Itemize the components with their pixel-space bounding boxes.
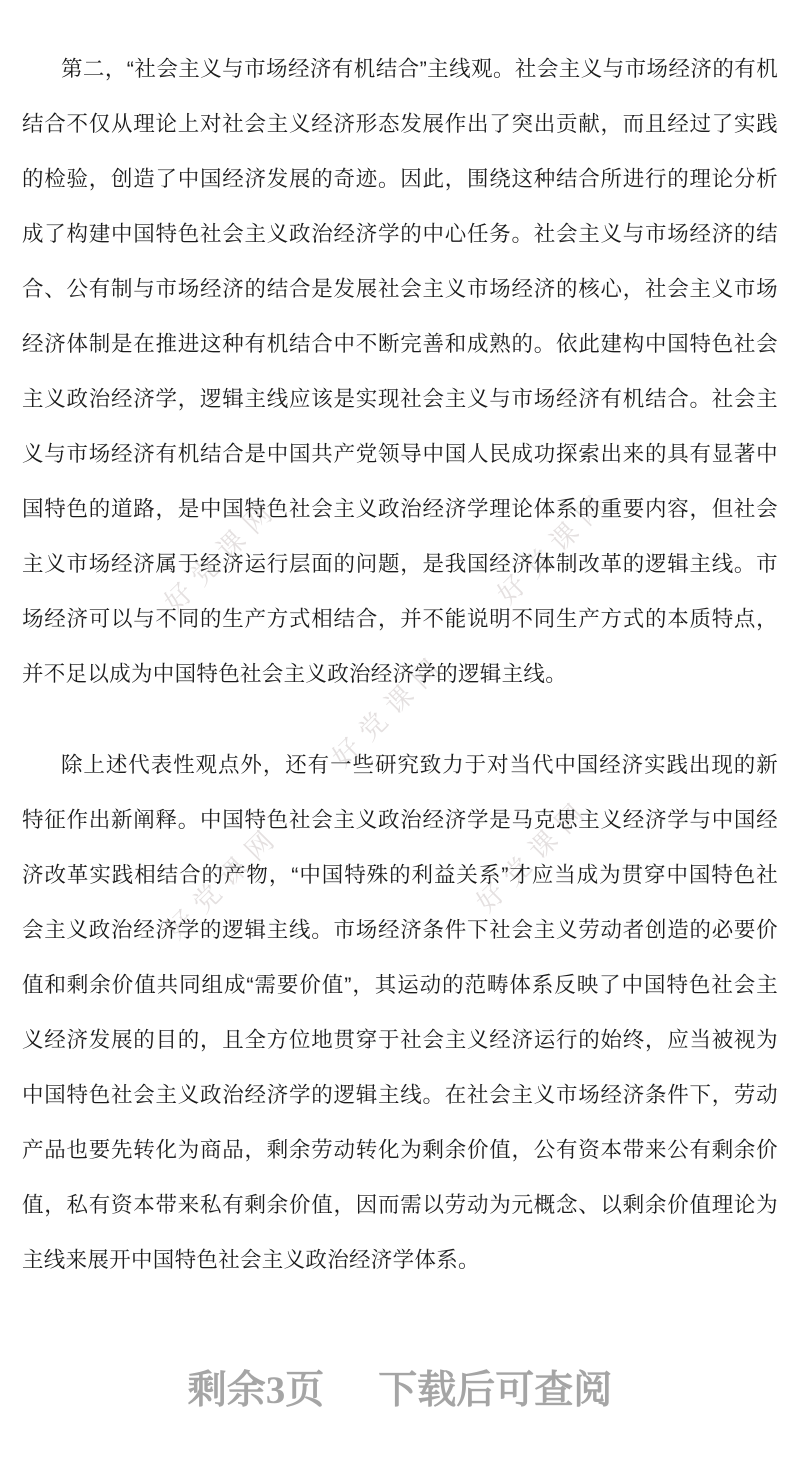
- page-footer: 剩余3页 下载后可查阅: [0, 1368, 800, 1415]
- download-hint-label: 下载后可查阅: [378, 1368, 612, 1415]
- paragraph-1: 第二，“社会主义与市场经济有机结合”主线观。社会主义与市场经济的有机结合不仅从理…: [22, 42, 778, 702]
- paragraph-2: 除上述代表性观点外，还有一些研究致力于对当代中国经济实践出现的新特征作出新阐释。…: [22, 738, 778, 1288]
- document-body: 第二，“社会主义与市场经济有机结合”主线观。社会主义与市场经济的有机结合不仅从理…: [22, 0, 778, 1324]
- remaining-pages-label: 剩余3页: [188, 1368, 325, 1415]
- document-page: 好党课网好党课网好党课网好党课网好党课网 第二，“社会主义与市场经济有机结合”主…: [0, 0, 800, 1481]
